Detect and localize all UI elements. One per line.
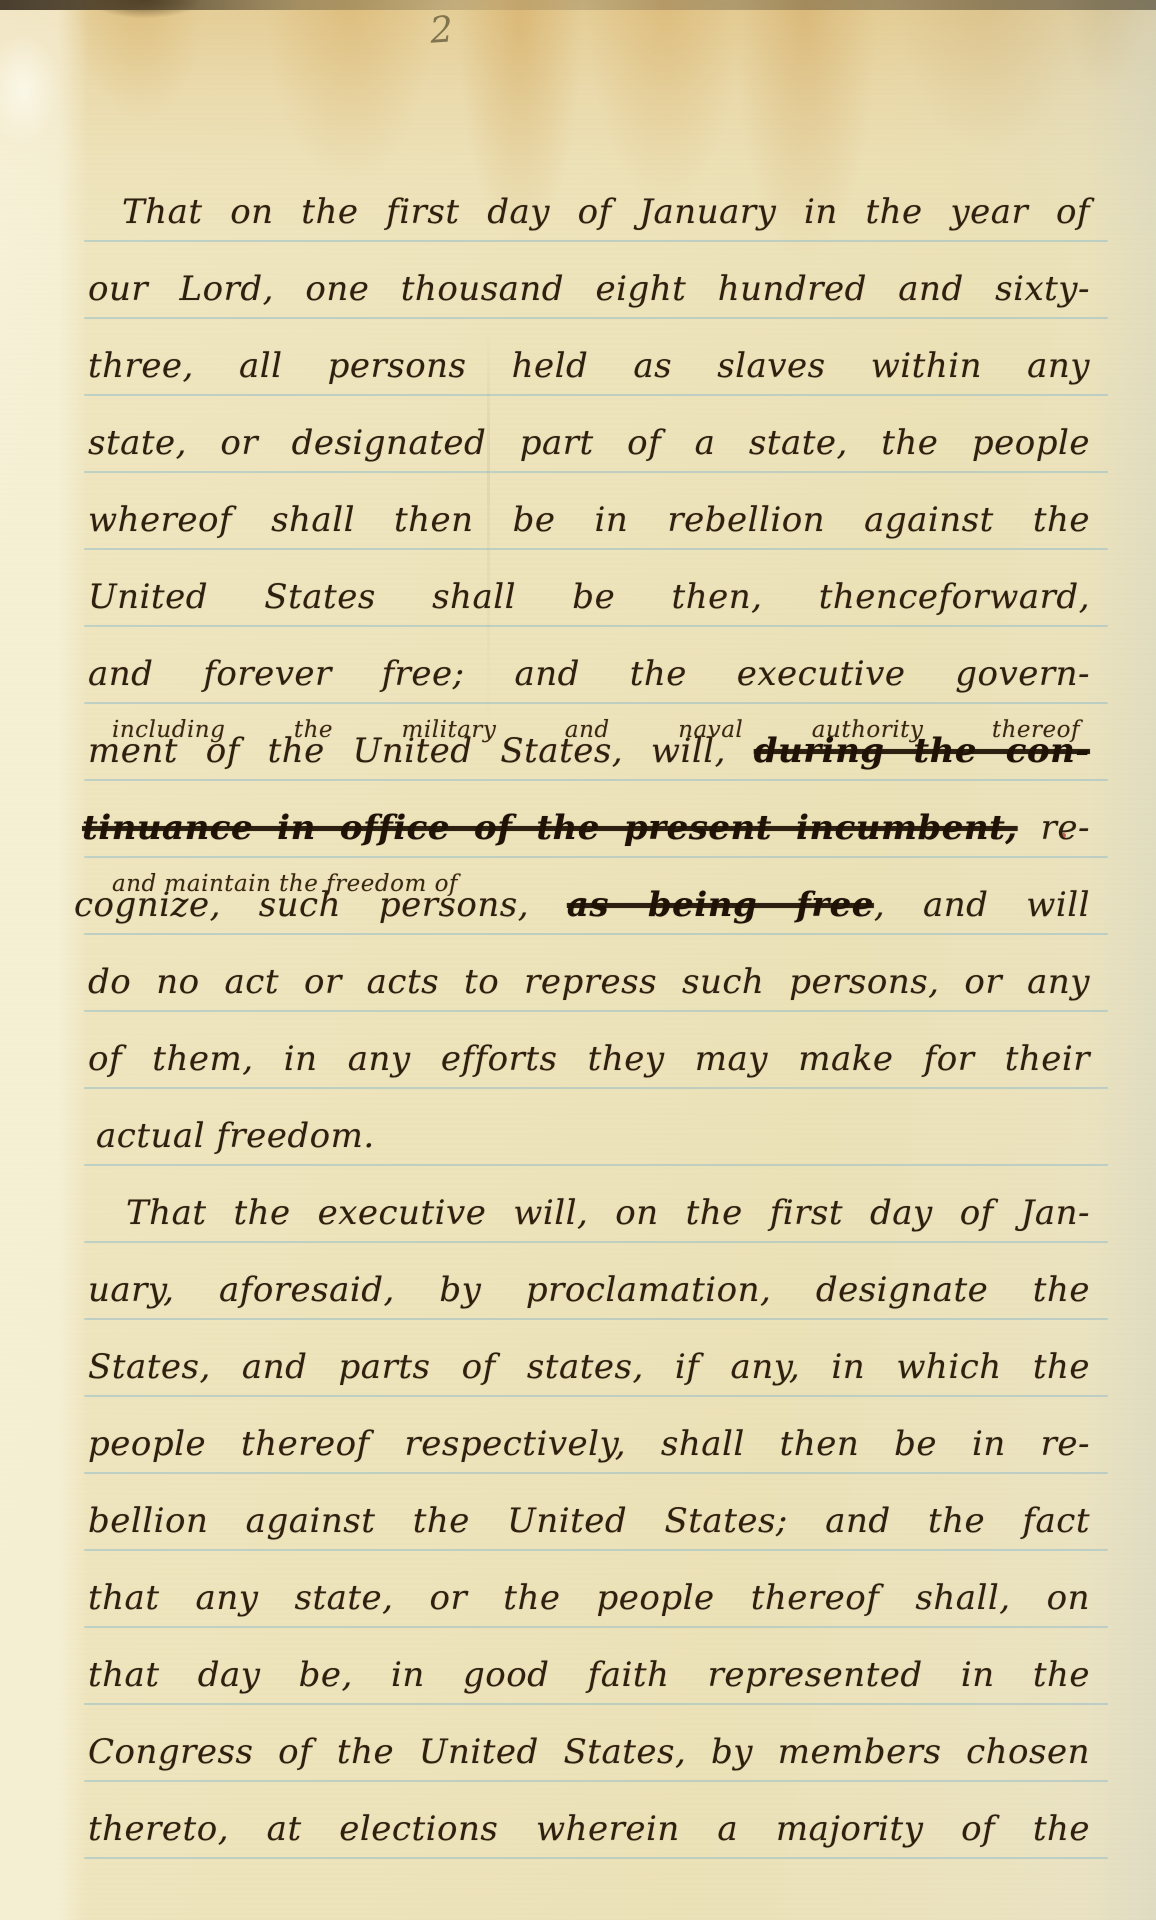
handwritten-text: our Lord, one thousand eight hundred and… [88,269,1090,309]
paper-left-edge [0,0,88,1920]
struck-text: tinuance in office of the present incumb… [82,808,1018,848]
manuscript-line: ment of the United States, will, during … [88,722,1090,780]
paper-right-edge [1086,0,1156,1920]
handwritten-text: people thereof respectively, shall then … [88,1424,1090,1464]
handwritten-text: thereto, at elections wherein a majority… [88,1809,1090,1849]
handwritten-text: That on the first day of January in the … [122,192,1090,232]
handwritten-text: cognize, such persons, [74,885,567,925]
manuscript-line: That on the first day of January in the … [122,183,1090,241]
handwritten-text: re- [1018,808,1090,848]
handwritten-text: actual freedom. [96,1116,375,1156]
manuscript-line: that day be, in good faith represented i… [88,1646,1090,1704]
top-left-light-spot [0,22,78,172]
manuscript-line: three, all persons held as slaves within… [88,337,1090,395]
manuscript-line: Congress of the United States, by member… [88,1723,1090,1781]
handwritten-text: state, or designated part of a state, th… [88,423,1090,463]
handwritten-text: and forever free; and the executive gove… [88,654,1090,694]
handwritten-text: that day be, in good faith represented i… [88,1655,1090,1695]
handwritten-text: uary, aforesaid, by proclamation, design… [88,1270,1090,1310]
manuscript-line: do no act or acts to repress such person… [88,953,1090,1011]
manuscript-line: state, or designated part of a state, th… [88,414,1090,472]
struck-text: during the con- [754,731,1090,771]
handwritten-text: whereof shall then be in rebellion again… [88,500,1090,540]
handwritten-text: United States shall be then, thenceforwa… [88,577,1090,617]
manuscript-line: United States shall be then, thenceforwa… [88,568,1090,626]
manuscript-line: uary, aforesaid, by proclamation, design… [88,1261,1090,1319]
handwritten-text: States, and parts of states, if any, in … [88,1347,1090,1387]
handwritten-text: That the executive will, on the first da… [126,1193,1090,1233]
manuscript-line: thereto, at elections wherein a majority… [88,1800,1090,1858]
handwritten-text: bellion against the United States; and t… [88,1501,1090,1541]
manuscript-page: 2 That on the first day of January in th… [0,0,1156,1920]
handwritten-text: ment of the United States, will, [88,731,754,771]
manuscript-line: bellion against the United States; and t… [88,1492,1090,1550]
manuscript-line: and forever free; and the executive gove… [88,645,1090,703]
struck-text: as being free [567,885,874,925]
manuscript-line: people thereof respectively, shall then … [88,1415,1090,1473]
manuscript-line: that any state, or the people thereof sh… [88,1569,1090,1627]
manuscript-line: cognize, such persons, as being free, an… [74,876,1090,934]
handwritten-text: that any state, or the people thereof sh… [88,1578,1090,1618]
manuscript-line: actual freedom. [96,1107,375,1165]
manuscript-line: whereof shall then be in rebellion again… [88,491,1090,549]
handwritten-text: , and will [874,885,1090,925]
manuscript-line: our Lord, one thousand eight hundred and… [88,260,1090,318]
handwritten-text: three, all persons held as slaves within… [88,346,1090,386]
photo-top-edge [0,0,1156,10]
manuscript-line: States, and parts of states, if any, in … [88,1338,1090,1396]
handwritten-text: do no act or acts to repress such person… [88,962,1090,1002]
page-number: 2 [429,9,455,51]
handwritten-text: of them, in any efforts they may make fo… [88,1039,1090,1079]
handwritten-text: Congress of the United States, by member… [88,1732,1090,1772]
manuscript-line: of them, in any efforts they may make fo… [88,1030,1090,1088]
manuscript-line: That the executive will, on the first da… [126,1184,1090,1242]
top-left-corner-stain [70,0,220,34]
manuscript-line: tinuance in office of the present incumb… [82,799,1090,857]
